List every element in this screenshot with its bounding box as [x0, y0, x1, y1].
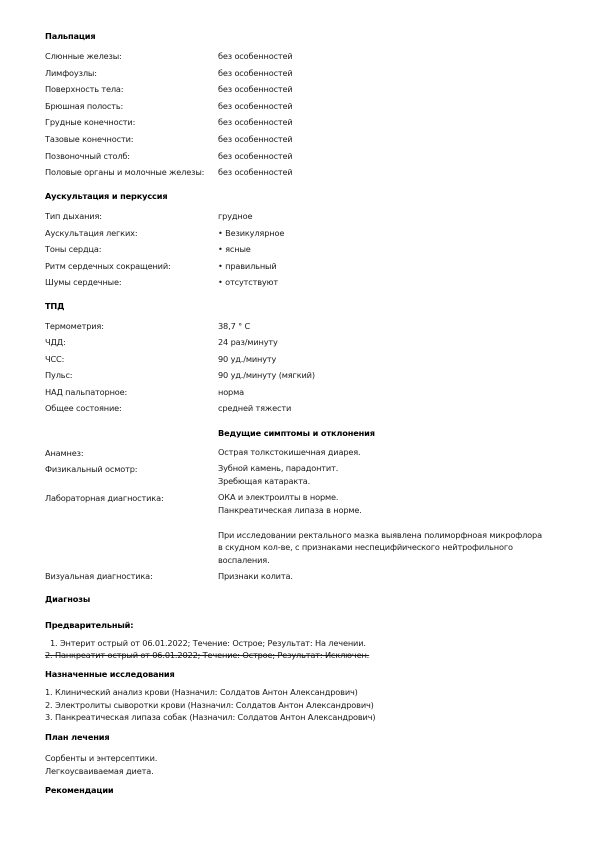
row-value: • Везикулярное: [218, 228, 284, 238]
treatment-plan: Сорбенты и энтерсептики. Легкоусваиваема…: [45, 752, 157, 777]
row-label: ЧДД:: [45, 337, 66, 347]
visual-diagnostics-label: Визуальная диагностика:: [45, 571, 153, 581]
row-value: средней тяжести: [218, 403, 291, 413]
row-label: Тазовые конечности:: [45, 134, 133, 144]
row-value: • правильный: [218, 261, 277, 271]
section-title-auscultation: Аускультация и перкуссия: [45, 191, 167, 201]
row-value: грудное: [218, 211, 252, 221]
diagnosis-item: 1. Энтерит острый от 06.01.2022; Течение…: [50, 638, 366, 648]
row-label: Общее состояние:: [45, 403, 122, 413]
row-label: Брюшная полость:: [45, 101, 123, 111]
section-title-tpd: ТПД: [45, 301, 64, 311]
treatment-line: Сорбенты и энтерсептики.: [45, 752, 157, 765]
lab-diagnostics-value: ОКА и электроилты в норме. Панкреатическ…: [218, 491, 542, 566]
row-value: без особенностей: [218, 151, 293, 161]
row-value: 90 уд./минуту: [218, 354, 276, 364]
text-line: ОКА и электроилты в норме.: [218, 491, 542, 504]
studies-list: 1. Клинический анализ крови (Назначил: С…: [45, 686, 375, 724]
text-line: Острая толкстокишечная диарея.: [218, 446, 361, 459]
study-item: 1. Клинический анализ крови (Назначил: С…: [45, 686, 375, 699]
spacer: [218, 516, 542, 529]
row-value: без особенностей: [218, 68, 293, 78]
text-line: При исследовании ректального мазка выявл…: [218, 529, 542, 542]
row-label: Тип дыхания:: [45, 211, 102, 221]
row-label: Поверхность тела:: [45, 84, 123, 94]
text-line: Зребющая катаракта.: [218, 475, 338, 488]
section-title-recommendations: Рекомендации: [45, 785, 114, 795]
section-title-symptoms: Ведущие симптомы и отклонения: [218, 428, 375, 438]
row-label: Позвоночный столб:: [45, 151, 130, 161]
row-value: без особенностей: [218, 167, 293, 177]
row-value: 38,7 ° C: [218, 321, 250, 331]
row-value: без особенностей: [218, 117, 293, 127]
row-label: Половые органы и молочные железы:: [45, 167, 204, 177]
row-value: без особенностей: [218, 134, 293, 144]
row-label: ЧСС:: [45, 354, 64, 364]
row-label: Ритм сердечных сокращений:: [45, 261, 171, 271]
visual-diagnostics-value: Признаки колита.: [218, 571, 293, 581]
row-label: Пульс:: [45, 370, 72, 380]
physical-exam-label: Физикальный осмотр:: [45, 464, 137, 474]
treatment-line: Легкоусваиваемая диета.: [45, 765, 157, 778]
text-line: Панкреатическая липаза в норме.: [218, 504, 542, 517]
anamnesis-label: Анамнез:: [45, 448, 83, 458]
section-title-studies: Назначенные исследования: [45, 669, 175, 679]
row-value: • отсутствуют: [218, 277, 278, 287]
row-value: норма: [218, 387, 244, 397]
row-label: Тоны сердца:: [45, 244, 101, 254]
section-title-palpation: Пальпация: [45, 31, 95, 41]
diagnosis-item-excluded: 2. Панкреатит острый от 06.01.2022; Тече…: [45, 650, 369, 660]
row-value: • ясные: [218, 244, 251, 254]
row-value: без особенностей: [218, 84, 293, 94]
row-label: Аускультация легких:: [45, 228, 137, 238]
section-title-treatment: План лечения: [45, 732, 109, 742]
row-value: без особенностей: [218, 51, 293, 61]
study-item: 3. Панкреатическая липаза собак (Назначи…: [45, 711, 375, 724]
text-line: воспаления.: [218, 554, 542, 567]
text-line: Зубной камень, парадонтит.: [218, 462, 338, 475]
row-label: Термометрия:: [45, 321, 104, 331]
preliminary-diagnosis-title: Предварительный:: [45, 620, 133, 630]
study-item: 2. Электролиты сыворотки крови (Назначил…: [45, 699, 375, 712]
row-label: Грудные конечности:: [45, 117, 135, 127]
row-label: НАД пальпаторное:: [45, 387, 127, 397]
lab-diagnostics-label: Лабораторная диагностика:: [45, 493, 164, 503]
row-label: Шумы сердечные:: [45, 277, 121, 287]
text-line: в скудном кол-ве, с признаками неспецифй…: [218, 541, 542, 554]
physical-exam-value: Зубной камень, парадонтит. Зребющая ката…: [218, 462, 338, 487]
row-value: без особенностей: [218, 101, 293, 111]
row-label: Лимфоузлы:: [45, 68, 97, 78]
row-value: 24 раз/минуту: [218, 337, 278, 347]
row-value: 90 уд./минуту (мягкий): [218, 370, 315, 380]
anamnesis-value: Острая толкстокишечная диарея.: [218, 446, 361, 459]
section-title-diagnoses: Диагнозы: [45, 594, 90, 604]
row-label: Слюнные железы:: [45, 51, 122, 61]
